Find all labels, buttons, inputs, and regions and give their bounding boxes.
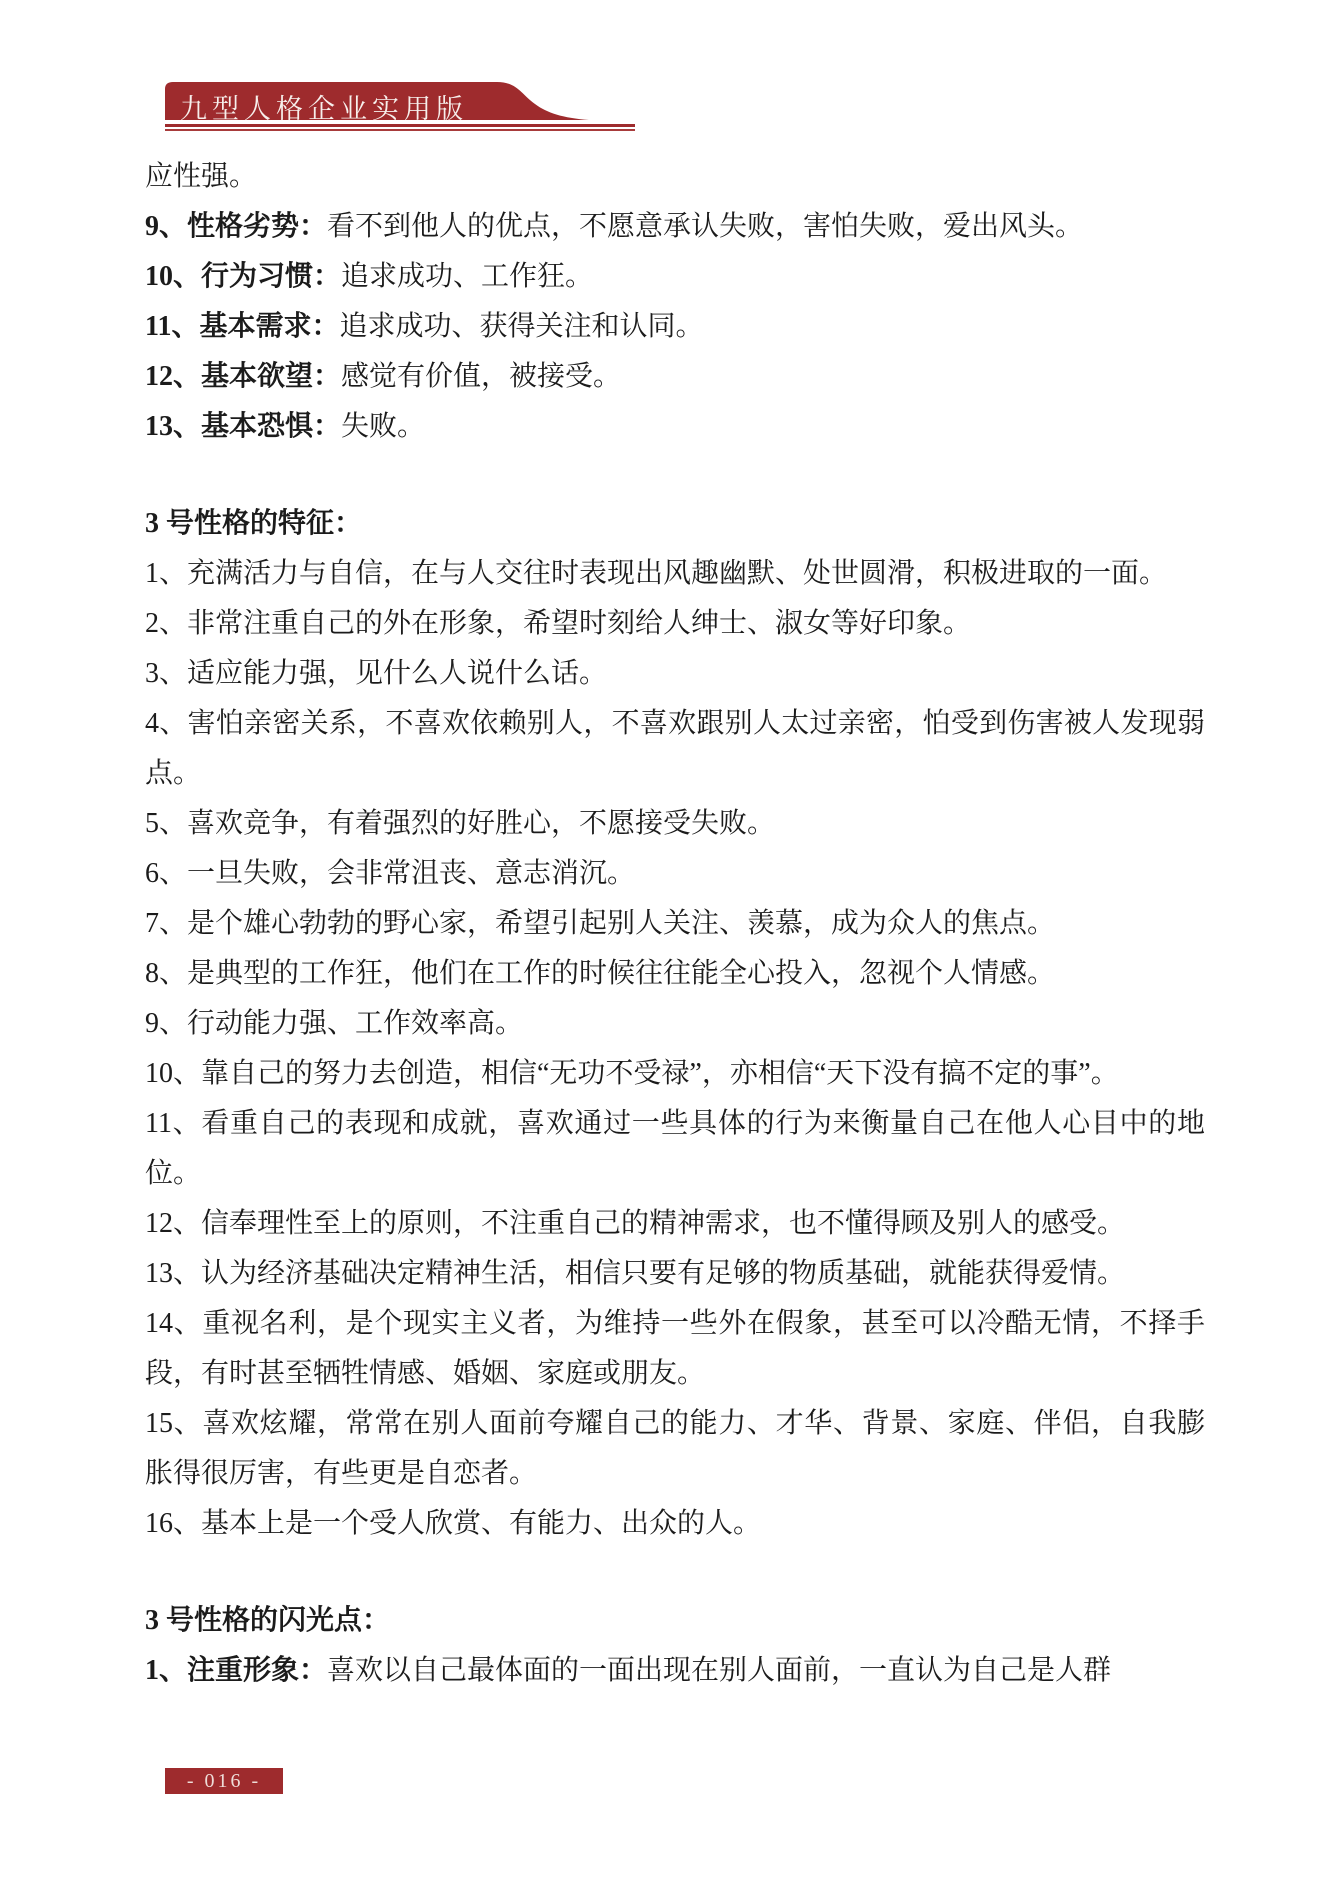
attribute-label: 13、基本恐惧： [145, 411, 341, 442]
book-title: 九型人格企业实用版 [180, 87, 468, 126]
attribute-label: 9、性格劣势： [145, 211, 327, 242]
feature-item: 13、认为经济基础决定精神生活，相信只要有足够的物质基础，就能获得爱情。 [145, 1249, 1205, 1299]
attribute-label: 11、基本需求： [145, 311, 339, 342]
attribute-item: 12、基本欲望：感觉有价值，被接受。 [145, 352, 1205, 402]
feature-item: 5、喜欢竞争，有着强烈的好胜心，不愿接受失败。 [145, 799, 1205, 849]
header-banner: 九型人格企业实用版 [165, 82, 605, 122]
attribute-item: 11、基本需求：追求成功、获得关注和认同。 [145, 302, 1205, 352]
attribute-text: 失败。 [341, 411, 425, 442]
feature-item: 7、是个雄心勃勃的野心家，希望引起别人关注、羡慕，成为众人的焦点。 [145, 899, 1205, 949]
header-rule-thin [165, 129, 635, 131]
attribute-text: 看不到他人的优点，不愿意承认失败，害怕失败，爱出风头。 [327, 211, 1083, 242]
attribute-text: 感觉有价值，被接受。 [341, 361, 621, 392]
page-number-badge: - 016 - [165, 1768, 283, 1794]
feature-item: 15、喜欢炫耀，常常在别人面前夸耀自己的能力、才华、背景、家庭、伴侣，自我膨胀得… [145, 1399, 1205, 1499]
feature-item: 6、一旦失败，会非常沮丧、意志消沉。 [145, 849, 1205, 899]
feature-item: 16、基本上是一个受人欣赏、有能力、出众的人。 [145, 1499, 1205, 1549]
feature-item: 4、害怕亲密关系，不喜欢依赖别人，不喜欢跟别人太过亲密，怕受到伤害被人发现弱点。 [145, 699, 1205, 799]
highlight-text: 喜欢以自己最体面的一面出现在别人面前，一直认为自己是人群 [327, 1655, 1111, 1686]
attribute-item: 10、行为习惯：追求成功、工作狂。 [145, 252, 1205, 302]
attribute-label: 10、行为习惯： [145, 261, 341, 292]
feature-item: 10、靠自己的努力去创造，相信“无功不受禄”，亦相信“天下没有搞不定的事”。 [145, 1049, 1205, 1099]
feature-item: 12、信奉理性至上的原则，不注重自己的精神需求，也不懂得顾及别人的感受。 [145, 1199, 1205, 1249]
section-heading-highlights: 3 号性格的闪光点： [145, 1596, 1205, 1646]
page-content: 应性强。 9、性格劣势：看不到他人的优点，不愿意承认失败，害怕失败，爱出风头。 … [145, 152, 1205, 1696]
section-heading-features: 3 号性格的特征： [145, 499, 1205, 549]
feature-item: 14、重视名利，是个现实主义者，为维持一些外在假象，甚至可以冷酷无情，不择手段，… [145, 1299, 1205, 1399]
highlight-label: 1、注重形象： [145, 1655, 327, 1686]
attribute-text: 追求成功、获得关注和认同。 [339, 311, 703, 342]
continuation-line: 应性强。 [145, 152, 1205, 202]
attribute-item: 13、基本恐惧：失败。 [145, 402, 1205, 452]
feature-item: 9、行动能力强、工作效率高。 [145, 999, 1205, 1049]
attribute-item: 9、性格劣势：看不到他人的优点，不愿意承认失败，害怕失败，爱出风头。 [145, 202, 1205, 252]
feature-item: 8、是典型的工作狂，他们在工作的时候往往能全心投入，忽视个人情感。 [145, 949, 1205, 999]
attribute-label: 12、基本欲望： [145, 361, 341, 392]
highlight-item: 1、注重形象：喜欢以自己最体面的一面出现在别人面前，一直认为自己是人群 [145, 1646, 1205, 1696]
feature-item: 1、充满活力与自信，在与人交往时表现出风趣幽默、处世圆滑，积极进取的一面。 [145, 549, 1205, 599]
feature-item: 2、非常注重自己的外在形象，希望时刻给人绅士、淑女等好印象。 [145, 599, 1205, 649]
header-rule [165, 124, 635, 127]
book-page: { "header": { "banner_title": "九型人格企业实用版… [0, 0, 1339, 1890]
feature-item: 11、看重自己的表现和成就，喜欢通过一些具体的行为来衡量自己在他人心目中的地位。 [145, 1099, 1205, 1199]
feature-item: 3、适应能力强，见什么人说什么话。 [145, 649, 1205, 699]
attribute-text: 追求成功、工作狂。 [341, 261, 593, 292]
